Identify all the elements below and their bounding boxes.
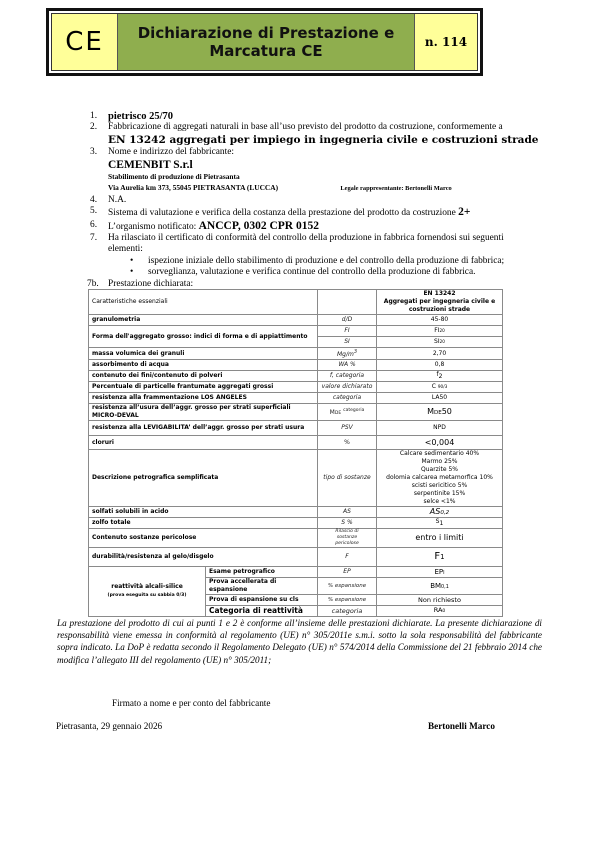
table-row: durabilità/resistenza al gelo/disgelo F … [89,548,503,567]
table-row: granulometria d/D 45-80 [89,315,503,326]
table-row: Contenuto sostanze pericolose Rilascio d… [89,529,503,548]
table-row: solfati solubili in acido AS AS0,2 [89,507,503,518]
declared-performance-table: Caratteristiche essenziali EN 13242 Aggr… [88,289,503,617]
table-row: massa volumica dei granuli Mg/m3 2,70 [89,348,503,360]
document-number: n. 114 [425,35,467,49]
item-4: 4. N.A. [90,195,540,206]
table-row: Forma dell'aggregato grosso: indici di f… [89,326,503,337]
plant-name: Stabilimento di produzione di Pietrasant… [108,172,240,181]
ce-mark-icon: CE [65,27,104,57]
document-title: Dichiarazione di Prestazione e Marcatura… [138,24,395,60]
table-row: cloruri % <0,004 [89,436,503,450]
table-header-row: Caratteristiche essenziali EN 13242 Aggr… [89,290,503,315]
item-6: 6. L’organismo notificato: ANCCP, 0302 C… [90,220,540,233]
item-3: 3. Nome e indirizzo del fabbricante: CEM… [90,147,540,195]
bullet-icon: • [130,267,148,278]
conformity-statement: La prestazione del prodotto di cui ai pu… [57,617,542,666]
bullet-icon: • [130,256,148,267]
table-row: contenuto dei fini/contenuto di polveri … [89,371,503,382]
table-row: Percentuale di particelle frantumate agg… [89,382,503,393]
ce-mark-box: CE [52,14,118,70]
table-row: reattività alcali-silice (prova eseguita… [89,567,503,578]
notified-body: ANCCP, 0302 CPR 0152 [199,220,319,232]
item-5: 5. Sistema di valutazione e verifica del… [90,206,540,219]
avcp-system: 2+ [458,206,470,218]
declaration-list: 1. pietrisco 25/70 2. Fabbricazione di a… [90,111,540,290]
product-name: pietrisco 25/70 [108,111,540,122]
table-row: resistenza all’usura dell’aggr. grosso p… [89,404,503,421]
legal-representative: Legale rappresentante: Bertonelli Marco [340,185,451,192]
document-header: CE Dichiarazione di Prestazione e Marcat… [46,8,483,76]
list-item: •ispezione iniziale dello stabilimento d… [130,256,540,267]
intended-use-standard: EN 13242 aggregati per impiego in ingegn… [108,134,538,146]
table-row: resistenza alla LEVIGABILITA’ dell’aggr.… [89,421,503,436]
table-row: Descrizione petrografica semplificata ti… [89,450,503,507]
table-row: resistenza alla frammentazione LOS ANGEL… [89,393,503,404]
title-box: Dichiarazione di Prestazione e Marcatura… [118,14,415,70]
item-7: 7. Ha rilasciato il certificato di confo… [90,233,540,256]
table-row: zolfo totale S % S1 [89,518,503,529]
document-number-box: n. 114 [415,14,477,70]
alkali-silica-reactivity: reattività alcali-silice (prova eseguita… [89,567,206,617]
place-and-date: Pietrasanta, 29 gennaio 2026 [56,721,162,731]
header-essential-characteristics: Caratteristiche essenziali [89,290,318,315]
petrographic-composition: Calcare sedimentario 40% Marmo 25% Quarz… [377,450,503,507]
table-row: assorbimento di acqua WA % 0,8 [89,360,503,371]
certificate-elements: •ispezione iniziale dello stabilimento d… [130,256,540,279]
item-2: 2. Fabbricazione di aggregati naturali i… [90,122,540,147]
signed-on-behalf: Firmato a nome e per conto del fabbrican… [112,698,270,708]
item-1: 1. pietrisco 25/70 [90,111,540,122]
list-item: •sorveglianza, valutazione e verifica co… [130,267,540,278]
signer-name: Bertonelli Marco [428,721,495,731]
manufacturer-address: Via Aurelia km 373, 55045 PIETRASANTA (L… [108,183,338,193]
header-standard: EN 13242 Aggregati per ingegneria civile… [377,290,503,315]
manufacturer-name: CEMENBIT S.r.l [108,159,193,171]
